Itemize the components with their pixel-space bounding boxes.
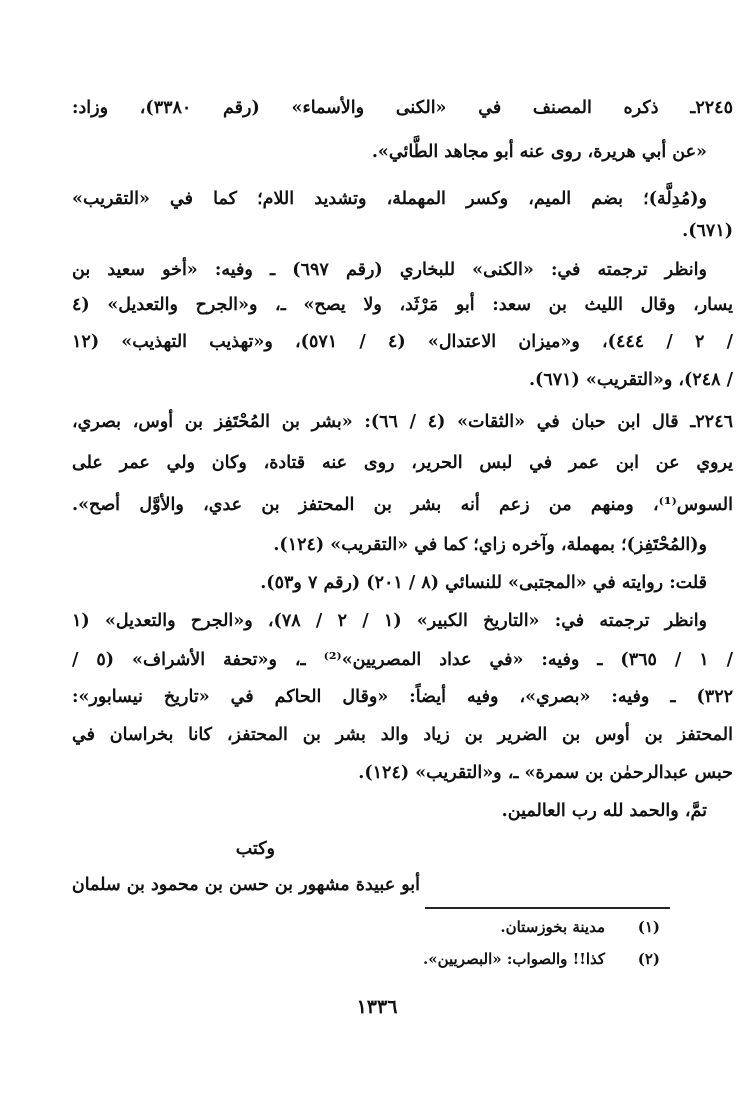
footnote-1-number: (١) [638, 918, 660, 936]
footnote-2: (٢) كذا!! والصواب: «البصريين». [0, 950, 745, 974]
entry-2246-see-also-1: وانظر ترجمته في: «التاريخ الكبير» (١ / ٢… [72, 608, 707, 634]
entry-2246-see-also-2: / ١ / ٣٦٥) ـ وفيه: «في عداد المصريين»⁽²⁾… [72, 647, 733, 673]
footnote-1-text: مدينة بخوزستان. [500, 918, 605, 936]
footnote-1: (١) مدينة بخوزستان. [0, 918, 745, 942]
entry-2246-line-3: السوس⁽¹⁾، ومنهم من زعم أنه بشر بن المحتف… [72, 492, 733, 518]
footnote-2-text: كذا!! والصواب: «البصريين». [423, 950, 605, 968]
entry-2246-heading: ٢٢٤٦ـ قال ابن حبان في «الثقات» (٤ / ٦٦):… [72, 409, 733, 435]
page-number: ١٣٣٦ [352, 996, 402, 1018]
entry-2245-see-also-1: وانظر ترجمته في: «الكنى» للبخاري (رقم ٦٩… [72, 257, 707, 283]
footnote-2-number: (٢) [638, 950, 660, 968]
entry-2246-see-also-4: المحتفز بن أوس بن الضرير بن زياد والد بش… [72, 722, 733, 748]
signature-wrote: وكتب [236, 836, 275, 862]
entry-2245-spelling-note: و(مُدِلَّة)؛ بضم الميم، وكسر المهملة، وت… [72, 186, 707, 212]
closing-praise: تمَّ، والحمد لله رب العالمين. [502, 798, 707, 824]
footnote-divider [425, 907, 670, 909]
book-page: ٢٢٤٥ـ ذكره المصنف في «الكنى والأسماء» (ر… [0, 0, 745, 1099]
entry-2246-line-2: يروي عن ابن عمر في لبس الحرير، روى عنه ق… [72, 450, 733, 476]
entry-2246-spelling-note: و(المُحْتَفِز)؛ بمهملة، وآخره زاي؛ كما ف… [273, 532, 707, 558]
entry-2245-heading: ٢٢٤٥ـ ذكره المصنف في «الكنى والأسماء» (ر… [72, 95, 733, 121]
entry-2245-see-also-3: / ٢ / ٤٤٤)، و«ميزان الاعتدال» (٤ / ٥٧١)،… [72, 329, 733, 355]
entry-2245-see-also-4: / ٢٤٨)، و«التقريب» (٦٧١). [529, 367, 733, 393]
entry-2245-quote: «عن أبي هريرة، روى عنه أبو مجاهد الطَّائ… [372, 139, 707, 165]
signature-author: أبو عبيدة مشهور بن حسن بن محمود بن سلمان [72, 872, 420, 898]
entry-2246-see-also-5: حبس عبدالرحمٰن بن سمرة» ـ، و«التقريب» (١… [358, 760, 733, 786]
entry-2245-see-also-2: يسار، وقال الليث بن سعد: أبو مَرْثَد، ول… [72, 292, 733, 318]
entry-2246-narration-note: قلت: روايته في «المجتبى» للنسائي (٨ / ٢٠… [260, 570, 707, 596]
entry-2245-spelling-ref: (٦٧١). [682, 218, 733, 244]
entry-2246-see-also-3: ٣٢٢) ـ وفيه: «بصري»، وفيه أيضاً: «وقال ا… [72, 684, 733, 710]
